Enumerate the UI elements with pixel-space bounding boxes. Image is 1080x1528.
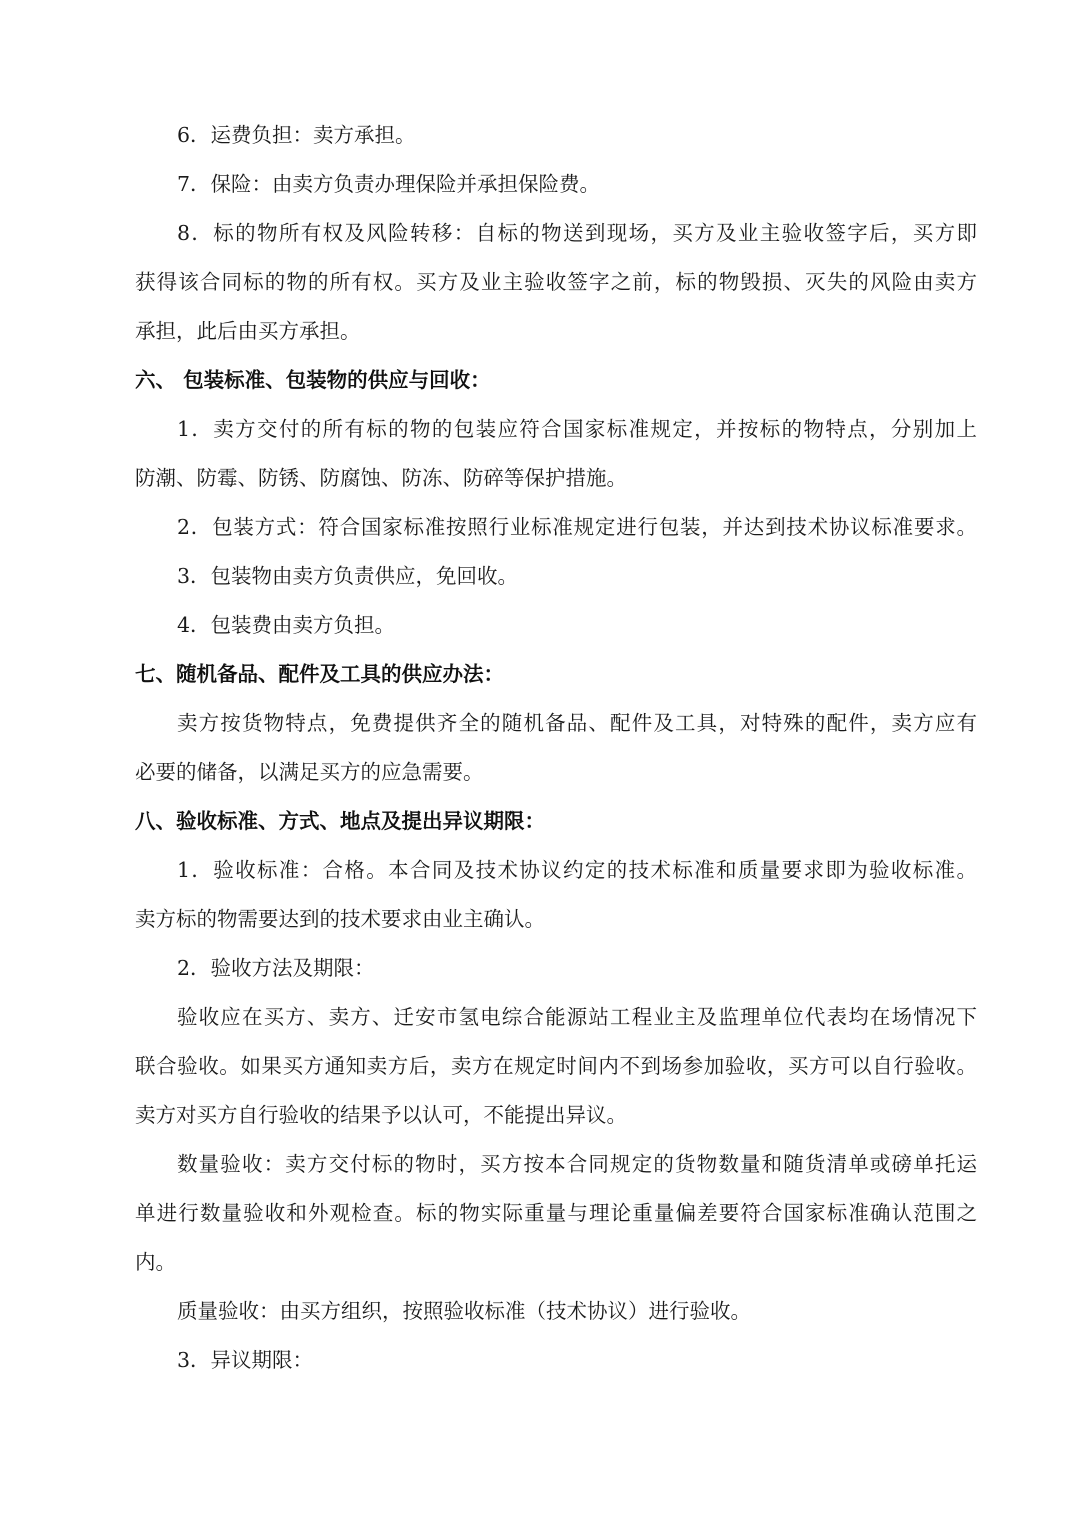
quantity-acceptance-line-3: 内。 [135, 1247, 977, 1277]
joint-acceptance-line-3: 卖方对买方自行验收的结果予以认可，不能提出异议。 [135, 1100, 977, 1130]
acceptance-clause-1-line-2: 卖方标的物需要达到的技术要求由业主确认。 [135, 904, 977, 934]
acceptance-clause-1-line-1: 1．验收标准：合格。本合同及技术协议约定的技术标准和质量要求即为验收标准。 [177, 855, 977, 885]
clause-7-insurance: 7．保险：由卖方负责办理保险并承担保险费。 [177, 169, 977, 199]
clause-8-ownership-line-2: 获得该合同标的物的所有权。买方及业主验收签字之前，标的物毁损、灭失的风险由卖方 [135, 267, 977, 297]
section-heading-7-spares: 七、随机备品、配件及工具的供应办法： [135, 659, 977, 689]
spares-paragraph-line-2: 必要的储备，以满足买方的应急需要。 [135, 757, 977, 787]
packaging-clause-1-line-1: 1．卖方交付的所有标的物的包装应符合国家标准规定，并按标的物特点，分别加上 [177, 414, 977, 444]
clause-8-ownership-line-3: 承担，此后由买方承担。 [135, 316, 977, 346]
quality-acceptance: 质量验收：由买方组织，按照验收标准（技术协议）进行验收。 [177, 1296, 977, 1326]
joint-acceptance-line-2: 联合验收。如果买方通知卖方后，卖方在规定时间内不到场参加验收，买方可以自行验收。 [135, 1051, 977, 1081]
packaging-clause-2: 2．包装方式：符合国家标准按照行业标准规定进行包装，并达到技术协议标准要求。 [177, 512, 977, 542]
section-heading-6-packaging: 六、 包装标准、包装物的供应与回收： [135, 365, 977, 395]
packaging-clause-1-line-2: 防潮、防霉、防锈、防腐蚀、防冻、防碎等保护措施。 [135, 463, 977, 493]
clause-8-ownership-line-1: 8．标的物所有权及风险转移：自标的物送到现场，买方及业主验收签字后，买方即 [177, 218, 977, 248]
packaging-clause-4: 4．包装费由卖方负担。 [177, 610, 977, 640]
section-heading-8-acceptance: 八、验收标准、方式、地点及提出异议期限： [135, 806, 977, 836]
acceptance-clause-3-objection-period: 3．异议期限： [177, 1345, 977, 1375]
packaging-clause-3: 3．包装物由卖方负责供应，免回收。 [177, 561, 977, 591]
joint-acceptance-line-1: 验收应在买方、卖方、迁安市氢电综合能源站工程业主及监理单位代表均在场情况下 [177, 1002, 977, 1032]
quantity-acceptance-line-2: 单进行数量验收和外观检查。标的物实际重量与理论重量偏差要符合国家标准确认范围之 [135, 1198, 977, 1228]
document-page: 6．运费负担：卖方承担。 7．保险：由卖方负责办理保险并承担保险费。 8．标的物… [0, 0, 1080, 1528]
spares-paragraph-line-1: 卖方按货物特点，免费提供齐全的随机备品、配件及工具，对特殊的配件，卖方应有 [177, 708, 977, 738]
clause-6-freight: 6．运费负担：卖方承担。 [177, 120, 977, 150]
quantity-acceptance-line-1: 数量验收：卖方交付标的物时，买方按本合同规定的货物数量和随货清单或磅单托运 [177, 1149, 977, 1179]
acceptance-clause-2-title: 2．验收方法及期限： [177, 953, 977, 983]
